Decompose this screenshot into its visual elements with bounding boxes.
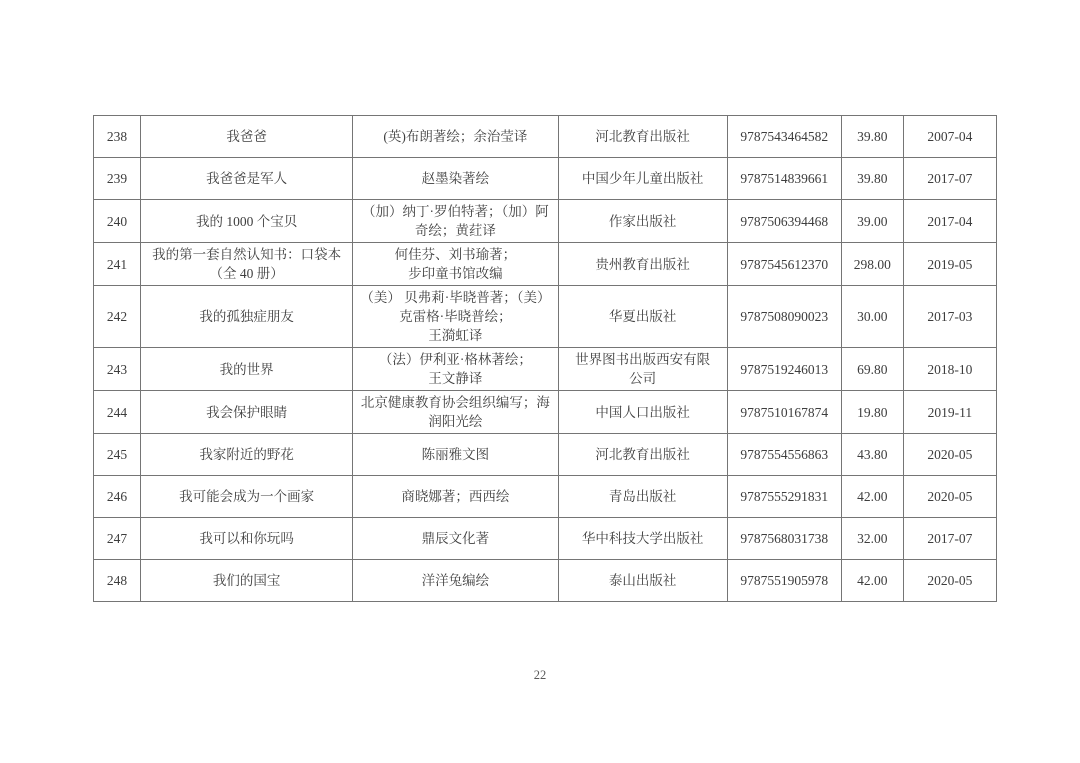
cell-publisher: 世界图书出版西安有限 公司 (558, 348, 727, 391)
table-row: 245我家附近的野花陈丽雅文图河北教育出版社978755455686343.80… (94, 434, 997, 476)
cell-publish-date: 2019-11 (903, 391, 996, 434)
cell-book-title: 我可能会成为一个画家 (141, 476, 353, 518)
cell-row-number: 238 (94, 116, 141, 158)
cell-publish-date: 2007-04 (903, 116, 996, 158)
books-table-body: 238我爸爸(英)布朗著绘；余治莹译河北教育出版社978754346458239… (94, 116, 997, 602)
cell-book-title: 我的孤独症朋友 (141, 286, 353, 348)
cell-publisher: 河北教育出版社 (558, 116, 727, 158)
cell-publish-date: 2017-07 (903, 158, 996, 200)
cell-isbn: 9787514839661 (727, 158, 841, 200)
cell-book-title: 我会保护眼睛 (141, 391, 353, 434)
cell-isbn: 9787510167874 (727, 391, 841, 434)
table-row: 246我可能会成为一个画家商晓娜著；西西绘青岛出版社97875552918314… (94, 476, 997, 518)
cell-author: 何佳芬、刘书瑜著； 步印童书馆改编 (353, 243, 558, 286)
cell-row-number: 244 (94, 391, 141, 434)
cell-book-title: 我可以和你玩吗 (141, 518, 353, 560)
cell-isbn: 9787568031738 (727, 518, 841, 560)
table-row: 241我的第一套自然认知书：口袋本 （全 40 册）何佳芬、刘书瑜著； 步印童书… (94, 243, 997, 286)
table-row: 238我爸爸(英)布朗著绘；余治莹译河北教育出版社978754346458239… (94, 116, 997, 158)
cell-publisher: 中国人口出版社 (558, 391, 727, 434)
cell-publish-date: 2019-05 (903, 243, 996, 286)
cell-author: 洋洋兔编绘 (353, 560, 558, 602)
cell-publish-date: 2017-04 (903, 200, 996, 243)
cell-book-title: 我的 1000 个宝贝 (141, 200, 353, 243)
table-row: 242我的孤独症朋友（美） 贝弗莉·毕晓普著；（美） 克雷格·毕晓普绘； 王漪虹… (94, 286, 997, 348)
cell-publisher: 贵州教育出版社 (558, 243, 727, 286)
cell-row-number: 243 (94, 348, 141, 391)
cell-isbn: 9787551905978 (727, 560, 841, 602)
cell-author: 商晓娜著；西西绘 (353, 476, 558, 518)
cell-price: 30.00 (841, 286, 903, 348)
cell-author: 陈丽雅文图 (353, 434, 558, 476)
cell-isbn: 9787545612370 (727, 243, 841, 286)
cell-book-title: 我爸爸 (141, 116, 353, 158)
cell-row-number: 248 (94, 560, 141, 602)
cell-book-title: 我们的国宝 (141, 560, 353, 602)
cell-publish-date: 2020-05 (903, 476, 996, 518)
cell-isbn: 9787506394468 (727, 200, 841, 243)
cell-price: 42.00 (841, 476, 903, 518)
cell-row-number: 240 (94, 200, 141, 243)
cell-price: 19.80 (841, 391, 903, 434)
cell-publish-date: 2020-05 (903, 434, 996, 476)
cell-author: (英)布朗著绘；余治莹译 (353, 116, 558, 158)
cell-publisher: 青岛出版社 (558, 476, 727, 518)
cell-author: （法）伊利亚·格林著绘； 王文静译 (353, 348, 558, 391)
table-row: 239我爸爸是军人赵墨染著绘中国少年儿童出版社978751483966139.8… (94, 158, 997, 200)
table-row: 247我可以和你玩吗鼎辰文化著华中科技大学出版社978756803173832.… (94, 518, 997, 560)
cell-row-number: 239 (94, 158, 141, 200)
cell-row-number: 246 (94, 476, 141, 518)
cell-publish-date: 2020-05 (903, 560, 996, 602)
cell-author: 鼎辰文化著 (353, 518, 558, 560)
table-row: 240我的 1000 个宝贝（加）纳丁·罗伯特著；（加）阿 奇绘；黄荭译作家出版… (94, 200, 997, 243)
cell-publisher: 泰山出版社 (558, 560, 727, 602)
cell-author: 赵墨染著绘 (353, 158, 558, 200)
cell-author: 北京健康教育协会组织编写；海 润阳光绘 (353, 391, 558, 434)
cell-isbn: 9787508090023 (727, 286, 841, 348)
cell-isbn: 9787555291831 (727, 476, 841, 518)
cell-price: 298.00 (841, 243, 903, 286)
cell-book-title: 我的第一套自然认知书：口袋本 （全 40 册） (141, 243, 353, 286)
cell-publish-date: 2017-03 (903, 286, 996, 348)
cell-row-number: 245 (94, 434, 141, 476)
table-row: 243我的世界（法）伊利亚·格林著绘； 王文静译世界图书出版西安有限 公司978… (94, 348, 997, 391)
cell-publisher: 中国少年儿童出版社 (558, 158, 727, 200)
cell-publish-date: 2017-07 (903, 518, 996, 560)
table-row: 244我会保护眼睛北京健康教育协会组织编写；海 润阳光绘中国人口出版社97875… (94, 391, 997, 434)
cell-price: 32.00 (841, 518, 903, 560)
cell-row-number: 247 (94, 518, 141, 560)
cell-isbn: 9787554556863 (727, 434, 841, 476)
cell-publish-date: 2018-10 (903, 348, 996, 391)
cell-isbn: 9787543464582 (727, 116, 841, 158)
cell-price: 43.80 (841, 434, 903, 476)
cell-publisher: 华夏出版社 (558, 286, 727, 348)
cell-row-number: 242 (94, 286, 141, 348)
cell-publisher: 河北教育出版社 (558, 434, 727, 476)
cell-price: 42.00 (841, 560, 903, 602)
cell-book-title: 我家附近的野花 (141, 434, 353, 476)
cell-price: 39.00 (841, 200, 903, 243)
cell-row-number: 241 (94, 243, 141, 286)
cell-isbn: 9787519246013 (727, 348, 841, 391)
cell-author: （加）纳丁·罗伯特著；（加）阿 奇绘；黄荭译 (353, 200, 558, 243)
cell-price: 69.80 (841, 348, 903, 391)
cell-price: 39.80 (841, 158, 903, 200)
books-table: 238我爸爸(英)布朗著绘；余治莹译河北教育出版社978754346458239… (93, 115, 997, 602)
cell-book-title: 我爸爸是军人 (141, 158, 353, 200)
cell-author: （美） 贝弗莉·毕晓普著；（美） 克雷格·毕晓普绘； 王漪虹译 (353, 286, 558, 348)
cell-price: 39.80 (841, 116, 903, 158)
cell-book-title: 我的世界 (141, 348, 353, 391)
table-row: 248我们的国宝洋洋兔编绘泰山出版社978755190597842.002020… (94, 560, 997, 602)
cell-publisher: 作家出版社 (558, 200, 727, 243)
cell-publisher: 华中科技大学出版社 (558, 518, 727, 560)
page-number: 22 (0, 668, 1080, 683)
